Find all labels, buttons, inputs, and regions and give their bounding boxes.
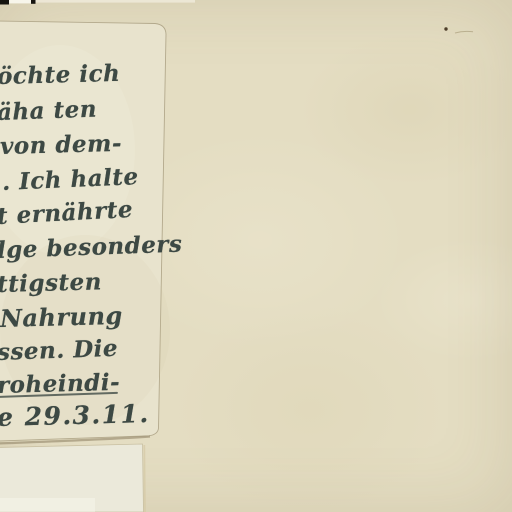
scratch-line — [455, 31, 473, 33]
white-paper-bright-corner — [0, 498, 95, 512]
scan-artwork — [0, 0, 512, 512]
black-mark-right — [31, 0, 36, 4]
scanned-album-page: öchte ich äha ten von dem- . Ich halte t… — [0, 0, 512, 512]
white-chip — [8, 0, 32, 3]
black-mark-left — [0, 0, 9, 5]
dust-speck — [444, 27, 447, 30]
white-paper-edge-shade — [144, 445, 145, 512]
